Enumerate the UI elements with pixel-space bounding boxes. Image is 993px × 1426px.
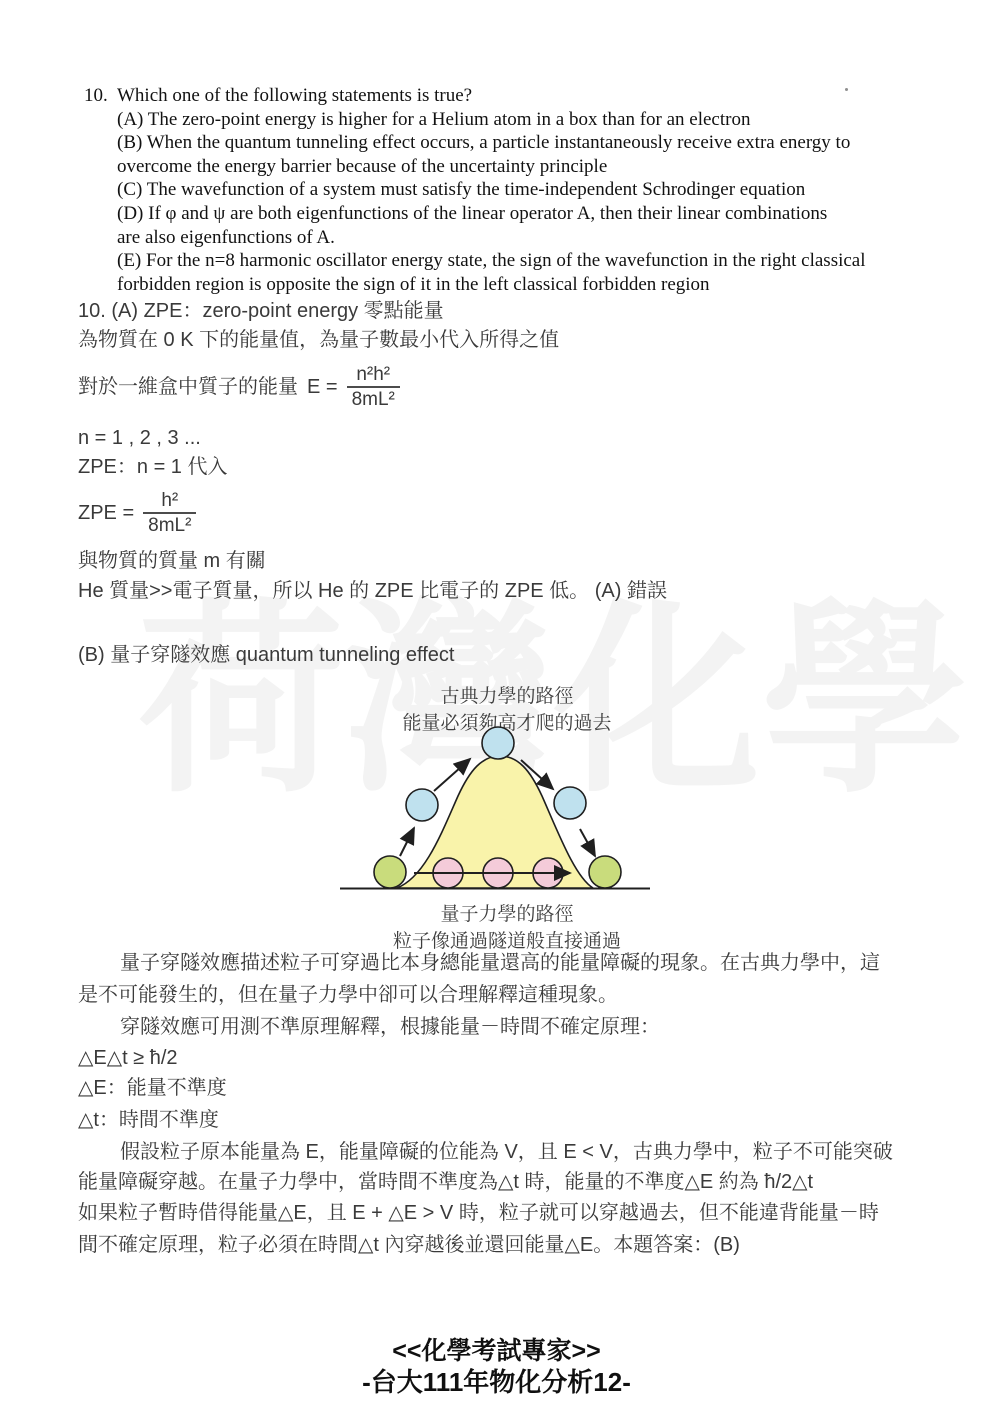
mass-dependence-line: 與物質的質量 m 有關	[78, 546, 266, 576]
option-b-heading: (B) 量子穿隧效應 quantum tunneling effect	[78, 640, 454, 670]
classical-ball-right	[554, 787, 586, 819]
question-option-e: (E) For the n=8 harmonic oscillator ener…	[117, 249, 949, 273]
solution-text-line: 如果粒子暫時借得能量△E，且 E + △E > V 時，粒子就可以穿越過去，但不…	[78, 1198, 879, 1228]
zpe-formula: ZPE = h² 8mL²	[78, 483, 196, 543]
quantum-tunneling-diagram: 古典力學的路徑 能量必須夠高才爬的過去 量子力學的路徑 粒子像通過隧道般直接通過	[330, 672, 675, 957]
climb-arrow-lower	[400, 828, 414, 856]
classical-path-label: 古典力學的路徑	[440, 685, 573, 707]
solution-text-line: 能量障礙穿越。在量子力學中，當時間不準度為△t 時，能量的不準度△E 約為 ħ/…	[78, 1167, 813, 1197]
conclusion-option-a: He 質量>>電子質量，所以 He 的 ZPE 比電子的 ZPE 低。 (A) …	[78, 576, 667, 606]
ground-ball-left	[374, 856, 406, 888]
question-option-d: (D) If φ and ψ are both eigenfunctions o…	[117, 202, 949, 226]
question-option-b: (B) When the quantum tunneling effect oc…	[117, 131, 949, 155]
descend-arrow-lower	[580, 829, 595, 856]
solution-text-line: 量子穿隧效應描述粒子可穿過比本身總能量還高的能量障礙的現象。在古典力學中，這	[78, 948, 880, 978]
energy-formula-numerator: n²h²	[351, 363, 395, 386]
zpe-formula-fraction: h² 8mL²	[143, 489, 196, 537]
question-number: 10.	[84, 84, 108, 108]
solution-text-line: 穿隧效應可用測不準原理解釋，根據能量－時間不確定原理：	[78, 1012, 660, 1042]
question-option-d-cont: are also eigenfunctions of A.	[117, 226, 949, 250]
question-option-c: (C) The wavefunction of a system must sa…	[117, 178, 949, 202]
zpe-formula-numerator: h²	[156, 489, 183, 512]
solution-text-line: 假設粒子原本能量為 E，能量障礙的位能為 V，且 E < V，古典力學中，粒子不…	[78, 1137, 893, 1167]
quantum-number-values: n = 1 , 2 , 3 ...	[78, 423, 201, 453]
answer-line: 間不確定原理，粒子必須在時間△t 內穿越後並還回能量△E。本題答案：(B)	[78, 1230, 740, 1260]
classical-ball-left	[406, 789, 438, 821]
uncertainty-relation-line: △E△t ≥ ħ/2	[78, 1043, 178, 1073]
question-line: 10. Which one of the following statement…	[117, 84, 949, 108]
energy-formula: 對於一維盒中質子的能量 E = n²h² 8mL²	[78, 357, 400, 417]
zpe-formula-lhs: ZPE =	[78, 498, 134, 528]
delta-t-definition: △t：時間不準度	[78, 1105, 219, 1135]
energy-formula-denominator: 8mL²	[347, 386, 400, 411]
question-option-b-cont: overcome the energy barrier because of t…	[117, 155, 949, 179]
energy-formula-fraction: n²h² 8mL²	[347, 363, 400, 411]
zpe-formula-denominator: 8mL²	[143, 512, 196, 537]
solution-zpe-definition: 為物質在 0 K 下的能量值，為量子數最小代入所得之值	[78, 325, 559, 355]
solution-text-line: 是不可能發生的，但在量子力學中卻可以合理解釋這種現象。	[78, 980, 618, 1010]
question-option-e-cont: forbidden region is opposite the sign of…	[117, 273, 949, 297]
solution-zpe-title: 10. (A) ZPE：zero-point energy 零點能量	[78, 296, 444, 326]
delta-e-definition: △E：能量不準度	[78, 1073, 227, 1103]
document-page: 荷灣化學 10. Which one of the following stat…	[0, 0, 993, 1426]
question-block: 10. Which one of the following statement…	[117, 84, 949, 296]
zpe-substitution: ZPE：n = 1 代入	[78, 452, 228, 482]
energy-formula-prefix: 對於一維盒中質子的能量	[78, 372, 298, 402]
energy-formula-lhs: E =	[307, 372, 338, 402]
quantum-path-label: 量子力學的路徑	[440, 903, 573, 925]
classical-ball-top	[482, 727, 514, 759]
question-option-a: (A) The zero-point energy is higher for …	[117, 108, 949, 132]
question-prompt: Which one of the following statements is…	[117, 85, 472, 106]
footer-page-title: -台大111年物化分析12-	[0, 1362, 993, 1399]
ground-ball-right	[589, 856, 621, 888]
